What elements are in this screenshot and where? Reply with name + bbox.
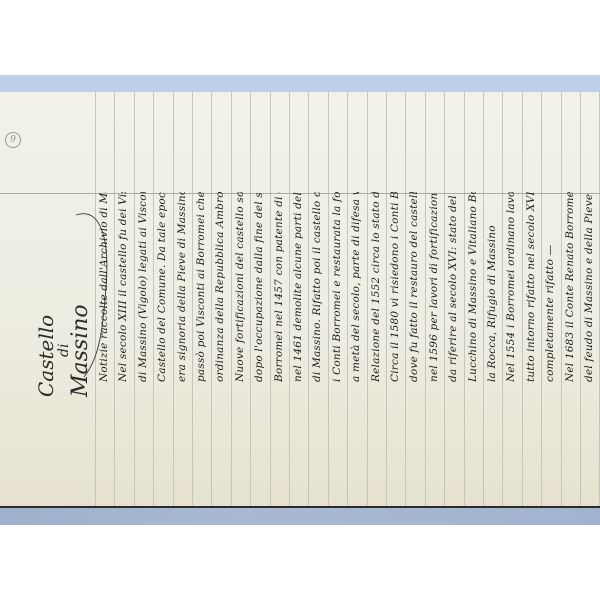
title-line-1: Castello	[34, 315, 58, 397]
ruled-line	[114, 92, 115, 506]
manuscript-page: 9 Castello di Massino Notizie raccolte d…	[0, 92, 600, 508]
ruled-line	[250, 92, 251, 506]
manuscript-line: passò poi Visconti ai Borromei che lo te…	[195, 192, 207, 382]
scanner-background-bottom	[0, 505, 600, 525]
ruled-line	[347, 92, 348, 506]
manuscript-line: Lucchino di Massino e Vitaliano Borromeo	[467, 192, 479, 382]
manuscript-line: Circa il 1580 vi risiedono i Conti Borro…	[389, 192, 401, 382]
ruled-line	[328, 92, 329, 506]
ruled-line	[386, 92, 387, 506]
ruled-line	[134, 92, 135, 506]
ruled-line	[270, 92, 271, 506]
ruled-line	[464, 92, 465, 506]
manuscript-line: a metà del secolo, parte di difesa verso…	[350, 192, 362, 382]
ruled-line	[173, 92, 174, 506]
ruled-line	[522, 92, 523, 506]
manuscript-line: del feudo di Massino e della Pieve di Ve…	[583, 192, 595, 382]
manuscript-line: nel 1596 per lavori di fortificazione e …	[428, 192, 440, 382]
manuscript-line: Notizie raccolte dall'Archivio di Massin…	[98, 192, 110, 382]
document-title: Castello di Massino	[20, 207, 100, 397]
manuscript-line: di Massino. Rifatto poi il castello come…	[311, 192, 323, 382]
ruled-line	[153, 92, 154, 506]
ruled-line	[211, 92, 212, 506]
ruled-line	[541, 92, 542, 506]
ruled-line	[444, 92, 445, 506]
ruled-line	[367, 92, 368, 506]
ruled-line	[231, 92, 232, 506]
manuscript-line: Relazione del 1552 circa lo stato del ca…	[370, 192, 382, 382]
manuscript-line: da riferire al secolo XVI: stato del cas…	[447, 192, 459, 382]
ruled-line	[405, 92, 406, 506]
ruled-line	[561, 92, 562, 506]
manuscript-line: i Conti Borromei e restaurata la fortifi…	[331, 192, 343, 382]
manuscript-line: Nuove fortificazioni del castello sotto …	[234, 192, 246, 382]
manuscript-line: Nel secolo XIII il castello fu dei Visco…	[117, 192, 129, 382]
manuscript-line: Borromei nel 1457 con patente di Giovann…	[273, 192, 285, 382]
ruled-line	[425, 92, 426, 506]
ruled-line	[308, 92, 309, 506]
manuscript-line: tutto intorno rifatto nel secolo XVI e M…	[525, 192, 537, 382]
ruled-line	[580, 92, 581, 506]
manuscript-line: Castello del Comune. Da tale epoca quest…	[156, 192, 168, 382]
manuscript-line: la Rocca, Rifugio di Massino	[486, 225, 498, 382]
manuscript-line: Nel 1683 il Conte Renato Borromeo di Mas…	[564, 192, 576, 382]
manuscript-line: completamente rifatto —	[544, 245, 556, 382]
ruled-line	[192, 92, 193, 506]
page-number: 9	[5, 132, 21, 148]
manuscript-line: nel 1461 demolite alcune parti del caste…	[292, 192, 304, 382]
ruled-line	[502, 92, 503, 506]
ruled-line	[483, 92, 484, 506]
ruled-line	[289, 92, 290, 506]
manuscript-line: ordinanza della Repubblica Ambrosiana ne…	[214, 192, 226, 382]
manuscript-line: di Massino (Vigolo) legati ai Visconti d…	[137, 192, 149, 382]
manuscript-line: era signoria della Pieve di Massino come…	[176, 192, 188, 382]
manuscript-line: dove fu fatto il restauro del castello d…	[408, 192, 420, 382]
manuscript-line: Nel 1554 i Borromei ordinano lavori al c…	[505, 192, 517, 382]
manuscript-line: dopo l'occupazione dalla fine del secolo…	[253, 192, 265, 382]
